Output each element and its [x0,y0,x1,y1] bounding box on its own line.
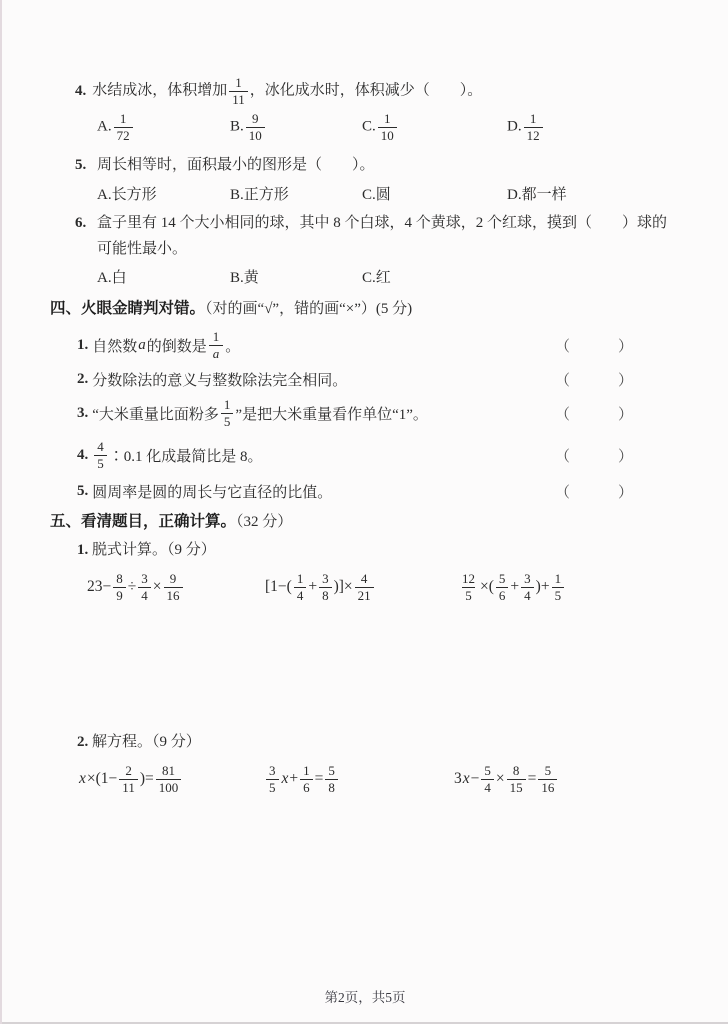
answer-blank: （ ） [555,445,639,466]
option-b: B.910 [230,112,362,142]
question-text: 周长相等时，面积最小的图形是（ ）。 [97,157,375,173]
equation: x×(1−211)=81100 [78,754,183,804]
subsection-number: 2. [77,734,88,750]
question-4: 4. 水结成冰，体积增加111，冰化成水时，体积减少（ ）。 [2,72,728,110]
question-number: 5. [75,152,86,178]
work-space [2,612,728,730]
question-6: 6. 盒子里有 14 个大小相同的球，其中 8 个白球，4 个黄球，2 个红球，… [2,210,728,262]
subsection-note: （9 分） [152,734,201,750]
item-number: 4. [77,447,88,464]
expression: [1−(14+38)]×421 [265,562,376,612]
judge-item-2: 2. 分数除法的意义与整数除法完全相同。 （ ） [77,365,639,393]
item-number: 3. [77,405,88,422]
section-number: 五、 [50,513,81,530]
calc-section-heading: 五、看清题目，正确计算。（32 分） [2,509,728,535]
item-text: 圆周率是圆的周长与它直径的比值。 [92,481,555,502]
answer-blank: （ ） [555,403,639,424]
subsection-1-title: 1. 脱式计算。（9 分） [2,538,728,562]
question-number: 4. [75,78,86,104]
subsection-number: 1. [77,542,88,558]
option-d: D.都一样 [507,183,728,204]
judge-section-heading: 四、火眼金睛判对错。（对的画“√”，错的画“×”）(5 分) [2,296,728,322]
equation: 35x+16=58 [264,754,340,804]
step-calculation-expressions: 23−89÷34×916 [1−(14+38)]×421 125×(56+34)… [2,562,728,612]
item-text: “大米重量比面粉多15”是把大米重量看作单位“1”。 [92,398,555,428]
item-text: 分数除法的意义与整数除法完全相同。 [92,369,555,390]
question-text: 盒子里有 14 个大小相同的球，其中 8 个白球，4 个黄球，2 个红球，摸到（… [97,215,667,257]
section-title: 火眼金睛判对错。 [81,300,205,317]
expression: 125×(56+34)+15 [457,562,566,612]
subsection-2-title: 2. 解方程。（9 分） [2,730,728,754]
equation-expressions: x×(1−211)=81100 35x+16=58 3x−54×815=516 [2,754,728,804]
item-number: 2. [77,371,88,388]
judge-item-3: 3. “大米重量比面粉多15”是把大米重量看作单位“1”。 （ ） [77,393,639,433]
section-note: （对的画“√”，错的画“×”）(5 分) [205,301,412,317]
item-number: 1. [77,337,88,354]
question-5: 5. 周长相等时，面积最小的图形是（ ）。 [2,152,728,178]
item-text: 45∶0.1 化成最简比是 8。 [92,440,555,470]
answer-blank: （ ） [555,369,639,390]
question-text: 水结成冰，体积增加111，冰化成水时，体积减少（ ）。 [92,76,482,106]
expression: 23−89÷34×916 [87,562,185,612]
option-a: A.长方形 [97,183,230,204]
exam-page: 4. 水结成冰，体积增加111，冰化成水时，体积减少（ ）。 A.172 B.9… [0,0,728,1024]
judge-item-5: 5. 圆周率是圆的周长与它直径的比值。 （ ） [77,477,639,505]
option-c: C.红 [362,266,507,287]
question-5-options: A.长方形 B.正方形 C.圆 D.都一样 [2,181,728,206]
option-b: B.正方形 [230,183,362,204]
item-number: 5. [77,483,88,500]
subsection-note: （9 分） [167,542,216,558]
option-a: A.白 [97,266,230,287]
question-4-options: A.172 B.910 C.110 D.112 [2,110,728,144]
answer-blank: （ ） [555,481,639,502]
option-c: C.110 [362,112,507,142]
page-content: 4. 水结成冰，体积增加111，冰化成水时，体积减少（ ）。 A.172 B.9… [2,0,728,804]
section-note: （32 分） [236,514,292,530]
subsection-label: 解方程。 [92,734,152,750]
subsection-label: 脱式计算。 [92,542,167,558]
option-d: D.112 [507,112,728,142]
page-number: 第2页，共5页 [2,986,728,1006]
item-text: 自然数 a 的倒数是1a。 [92,330,555,360]
option-a: A.172 [97,112,230,142]
answer-blank: （ ） [555,335,639,356]
option-c: C.圆 [362,183,507,204]
question-number: 6. [75,210,86,236]
section-number: 四、 [50,300,81,317]
question-6-options: A.白 B.黄 C.红 [2,264,728,289]
judge-item-1: 1. 自然数 a 的倒数是1a。 （ ） [77,325,639,365]
section-title: 看清题目，正确计算。 [81,513,236,530]
judge-item-4: 4. 45∶0.1 化成最简比是 8。 （ ） [77,433,639,477]
option-b: B.黄 [230,266,362,287]
equation: 3x−54×815=516 [454,754,559,804]
